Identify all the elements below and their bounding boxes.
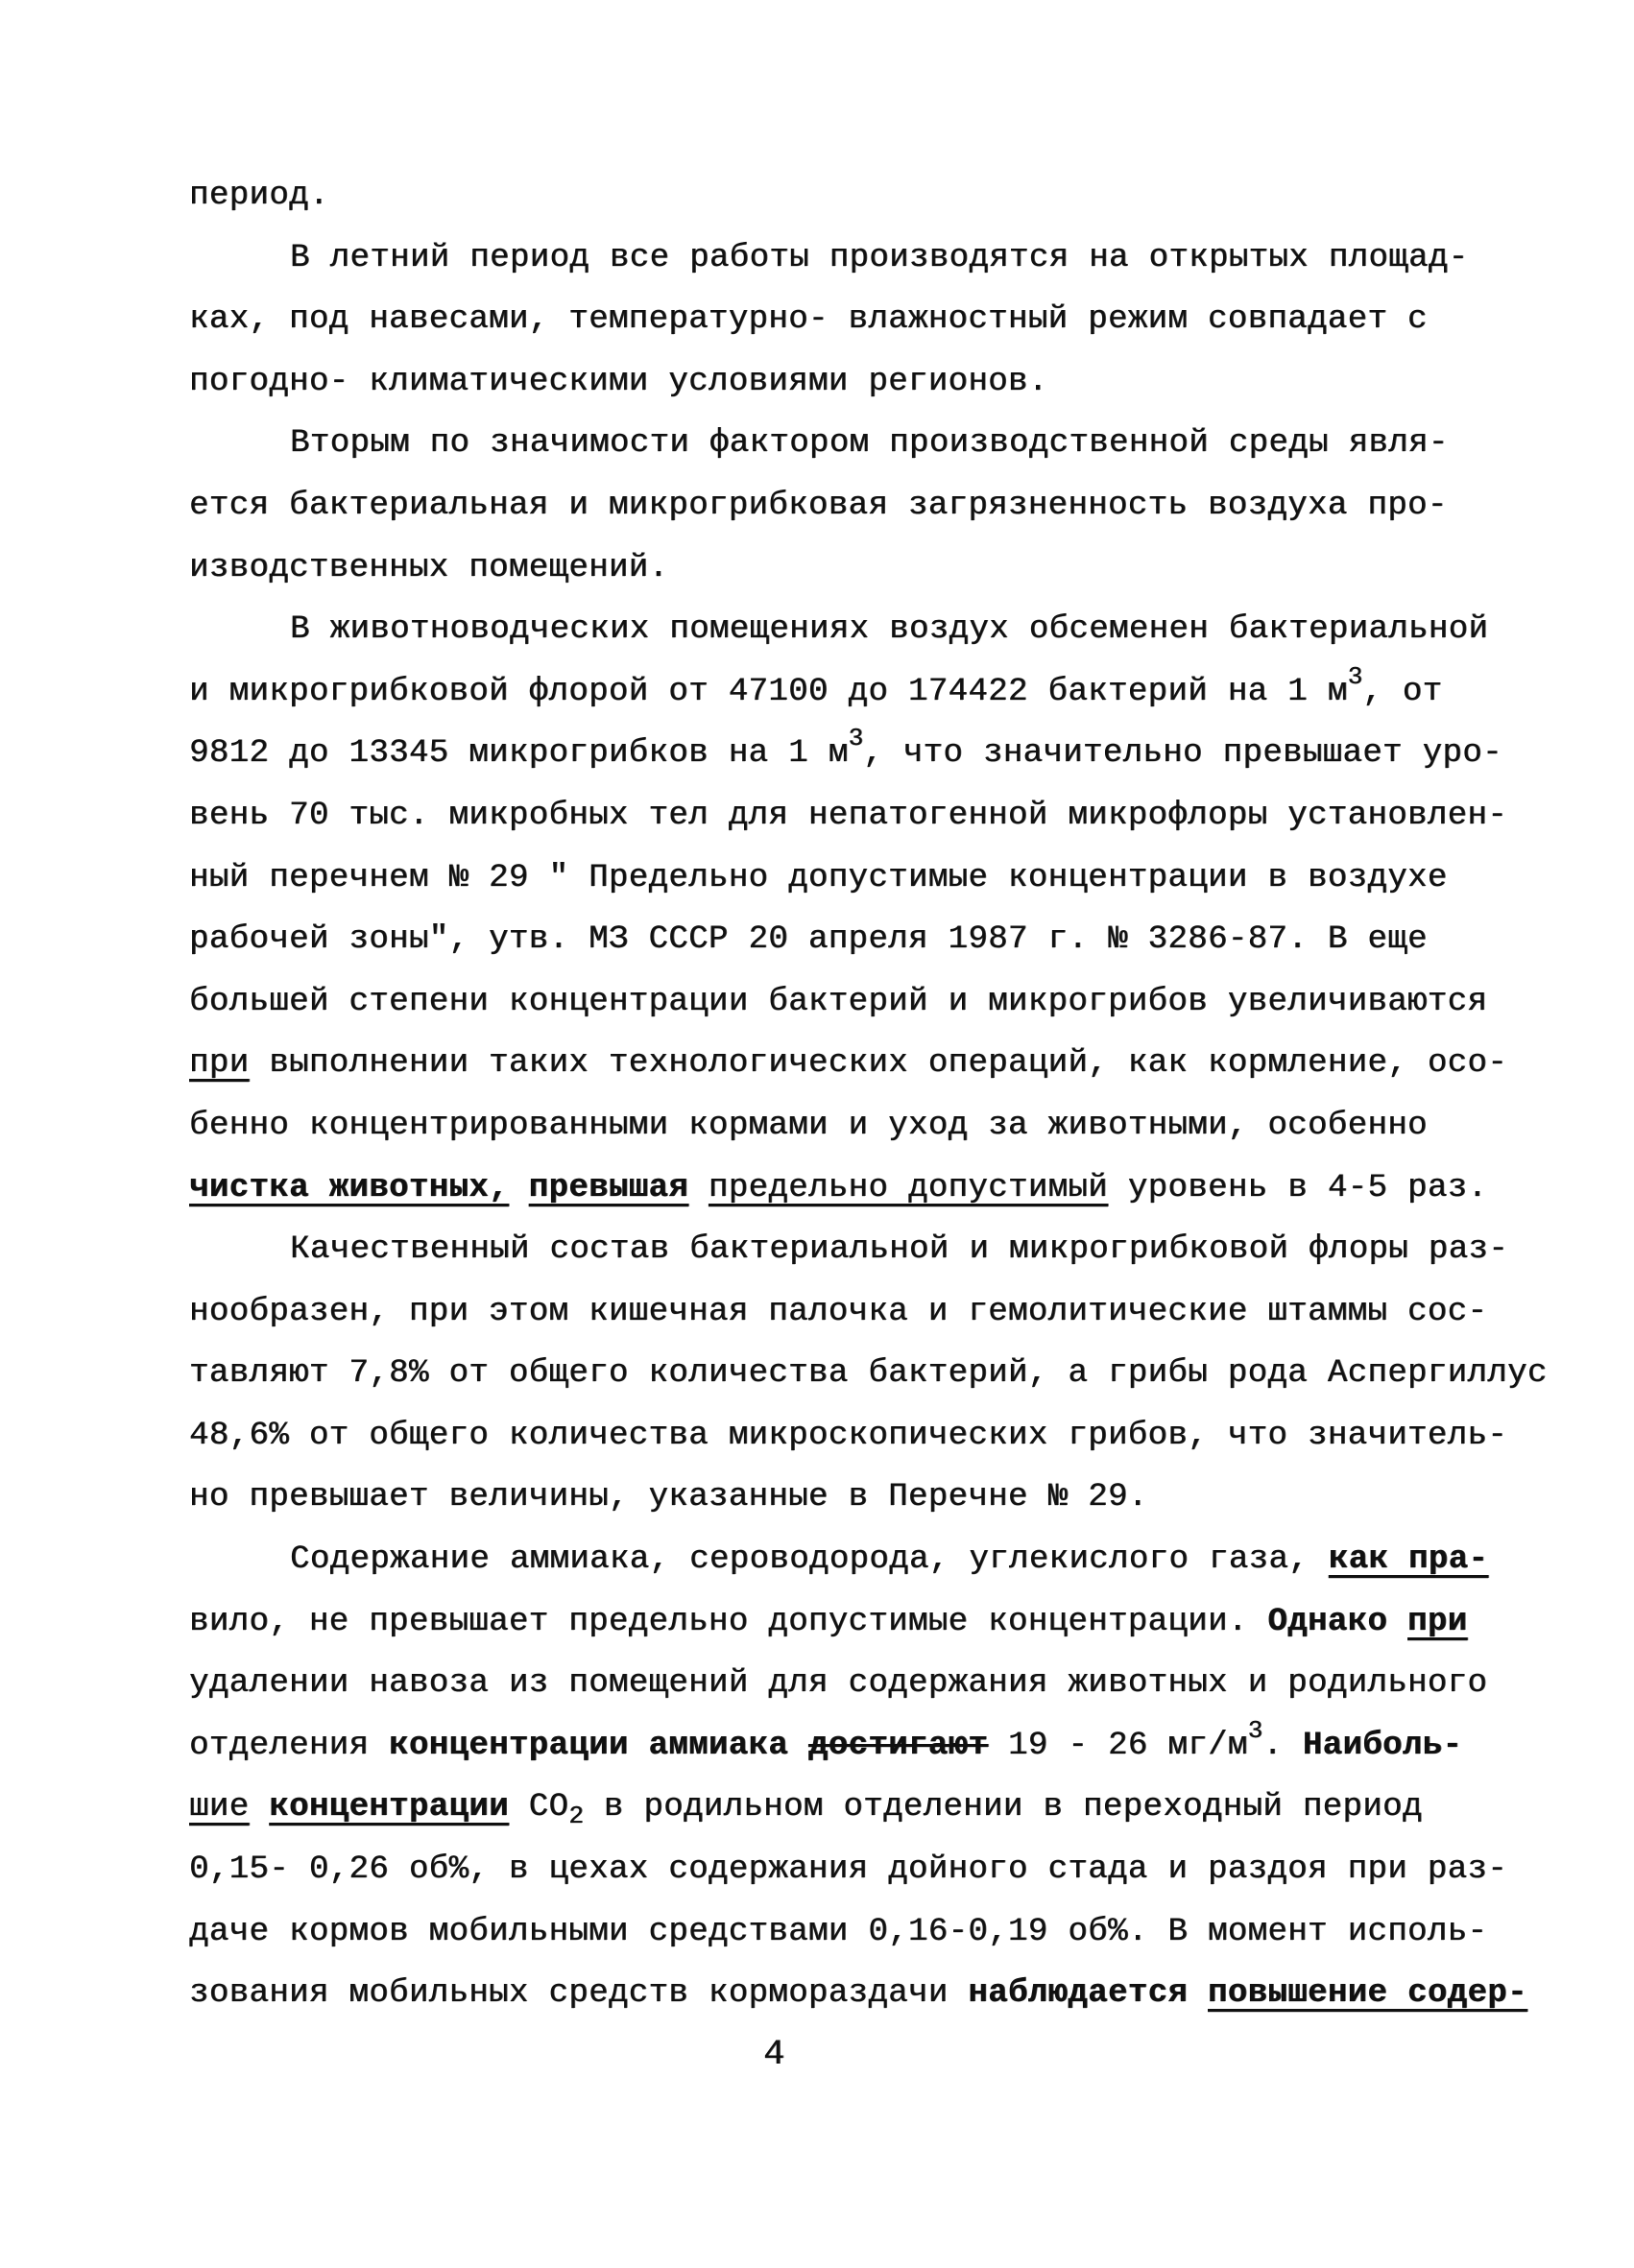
text-segment: 3 — [1248, 1716, 1263, 1745]
text-line: изводственных помещений. — [189, 537, 1548, 600]
text-segment: бенно концентрированными кормами и уход … — [189, 1108, 1428, 1144]
text-line: период. — [189, 165, 1548, 227]
text-segment: Вторым по значимости фактором производст… — [290, 425, 1449, 462]
text-segment: В летний период все работы производятся … — [290, 240, 1468, 276]
text-segment — [249, 1789, 269, 1826]
text-segment: погодно- климатическими условиями регион… — [189, 364, 1048, 400]
text-segment: нообразен, при этом кишечная палочка и г… — [189, 1294, 1487, 1330]
text-segment: превышая — [529, 1170, 688, 1206]
text-segment: 0,15- 0,26 об%, в цехах содержания дойно… — [189, 1851, 1507, 1888]
text-segment: отделения — [189, 1728, 389, 1764]
text-segment: выполнении таких технологических операци… — [249, 1045, 1507, 1082]
text-segment: и микрогрибковой флорой от 47100 до 1744… — [189, 674, 1348, 710]
text-segment: ный перечнем № 29 " Предельно допустимые… — [189, 860, 1448, 896]
text-segment: Наиболь- — [1303, 1728, 1462, 1764]
text-segment: концентрации аммиака — [389, 1728, 788, 1764]
text-line: зования мобильных средств кормораздачи н… — [189, 1963, 1548, 2025]
text-segment — [688, 1170, 709, 1206]
text-segment: зования мобильных средств кормораздачи — [189, 1975, 968, 2012]
text-segment — [1387, 1604, 1407, 1640]
text-segment: шие — [189, 1789, 249, 1826]
text-line: Содержание аммиака, сероводорода, углеки… — [189, 1529, 1548, 1591]
text-line: погодно- климатическими условиями регион… — [189, 351, 1548, 414]
text-line: В летний период все работы производятся … — [189, 227, 1548, 290]
text-segment: , от — [1362, 674, 1442, 710]
text-segment: изводственных помещений. — [189, 550, 668, 586]
text-segment — [788, 1728, 808, 1764]
text-segment: но превышает величины, указанные в Переч… — [189, 1479, 1148, 1516]
text-block: период.В летний период все работы произв… — [189, 165, 1548, 2025]
text-segment: период. — [189, 178, 329, 214]
text-segment: даче кормов мобильными средствами 0,16-0… — [189, 1914, 1487, 1950]
text-line: В животноводческих помещениях воздух обс… — [189, 599, 1548, 661]
text-line: вень 70 тыс. микробных тел для непатоген… — [189, 785, 1548, 848]
text-segment: СО — [509, 1789, 568, 1826]
document-page: период.В летний период все работы произв… — [0, 0, 1634, 2268]
text-segment — [1188, 1975, 1208, 2012]
text-segment: чистка животных, — [189, 1170, 509, 1206]
text-line: Вторым по значимости фактором производст… — [189, 413, 1548, 475]
text-segment: . — [1262, 1728, 1303, 1764]
text-line: удалении навоза из помещений для содержа… — [189, 1653, 1548, 1715]
text-segment: 9812 до 13345 микрогрибков на 1 м — [189, 735, 849, 772]
text-segment: ется бактериальная и микрогрибковая загр… — [189, 488, 1448, 524]
text-segment: концентрации — [269, 1789, 509, 1826]
text-segment — [509, 1170, 529, 1206]
text-line: большей степени концентрации бактерий и … — [189, 971, 1548, 1034]
text-segment: 19 - 26 мг/м — [988, 1728, 1247, 1764]
text-segment: достигают — [808, 1728, 988, 1764]
text-segment: вило, не превышает предельно допустимые … — [189, 1604, 1267, 1640]
text-line: и микрогрибковой флорой от 47100 до 1744… — [189, 661, 1548, 724]
text-line: бенно концентрированными кормами и уход … — [189, 1095, 1548, 1158]
text-segment: уровень в 4-5 раз. — [1108, 1170, 1487, 1206]
text-segment: 3 — [849, 724, 864, 752]
text-segment: тавляют 7,8% от общего количества бактер… — [189, 1355, 1548, 1392]
text-line: но превышает величины, указанные в Переч… — [189, 1467, 1548, 1529]
text-segment: как пра- — [1329, 1541, 1488, 1578]
text-line: при выполнении таких технологических опе… — [189, 1033, 1548, 1095]
text-segment: вень 70 тыс. микробных тел для непатоген… — [189, 798, 1507, 834]
text-line: шие концентрации СО2 в родильном отделен… — [189, 1777, 1548, 1839]
text-segment: в родильном отделении в переходный перио… — [584, 1789, 1423, 1826]
text-segment: , что значительно превышает уро- — [863, 735, 1502, 772]
text-segment: при — [1407, 1604, 1467, 1640]
text-segment: повышение содер- — [1208, 1975, 1527, 2012]
text-segment: предельно допустимый — [709, 1170, 1108, 1206]
text-line: ется бактериальная и микрогрибковая загр… — [189, 475, 1548, 537]
text-segment: большей степени концентрации бактерий и … — [189, 984, 1487, 1020]
text-segment: 3 — [1348, 662, 1363, 691]
text-segment: наблюдается — [968, 1975, 1188, 2012]
text-line: тавляют 7,8% от общего количества бактер… — [189, 1343, 1548, 1405]
text-line: нообразен, при этом кишечная палочка и г… — [189, 1281, 1548, 1344]
text-segment: В животноводческих помещениях воздух обс… — [290, 611, 1488, 648]
text-line: 9812 до 13345 микрогрибков на 1 м3, что … — [189, 723, 1548, 785]
page-number: 4 — [763, 2033, 784, 2077]
text-line: 0,15- 0,26 об%, в цехах содержания дойно… — [189, 1839, 1548, 1901]
text-segment: ках, под навесами, температурно- влажнос… — [189, 301, 1428, 338]
text-line: чистка животных, превышая предельно допу… — [189, 1158, 1548, 1220]
text-line: ках, под навесами, температурно- влажнос… — [189, 289, 1548, 351]
text-segment: рабочей зоны", утв. МЗ СССР 20 апреля 19… — [189, 921, 1428, 958]
text-segment: Качественный состав бактериальной и микр… — [290, 1231, 1508, 1268]
text-line: даче кормов мобильными средствами 0,16-0… — [189, 1901, 1548, 1964]
text-segment: 48,6% от общего количества микроскопичес… — [189, 1418, 1507, 1454]
text-line: 48,6% от общего количества микроскопичес… — [189, 1405, 1548, 1468]
text-segment: 2 — [568, 1802, 584, 1830]
text-segment: удалении навоза из помещений для содержа… — [189, 1665, 1487, 1702]
text-line: вило, не превышает предельно допустимые … — [189, 1591, 1548, 1654]
text-line: рабочей зоны", утв. МЗ СССР 20 апреля 19… — [189, 909, 1548, 971]
text-segment: при — [189, 1045, 249, 1082]
text-line: ный перечнем № 29 " Предельно допустимые… — [189, 848, 1548, 910]
text-segment: Однако — [1267, 1604, 1387, 1640]
text-line: Качественный состав бактериальной и микр… — [189, 1219, 1548, 1281]
text-segment: Содержание аммиака, сероводорода, углеки… — [290, 1541, 1329, 1578]
text-line: отделения концентрации аммиака достигают… — [189, 1715, 1548, 1778]
